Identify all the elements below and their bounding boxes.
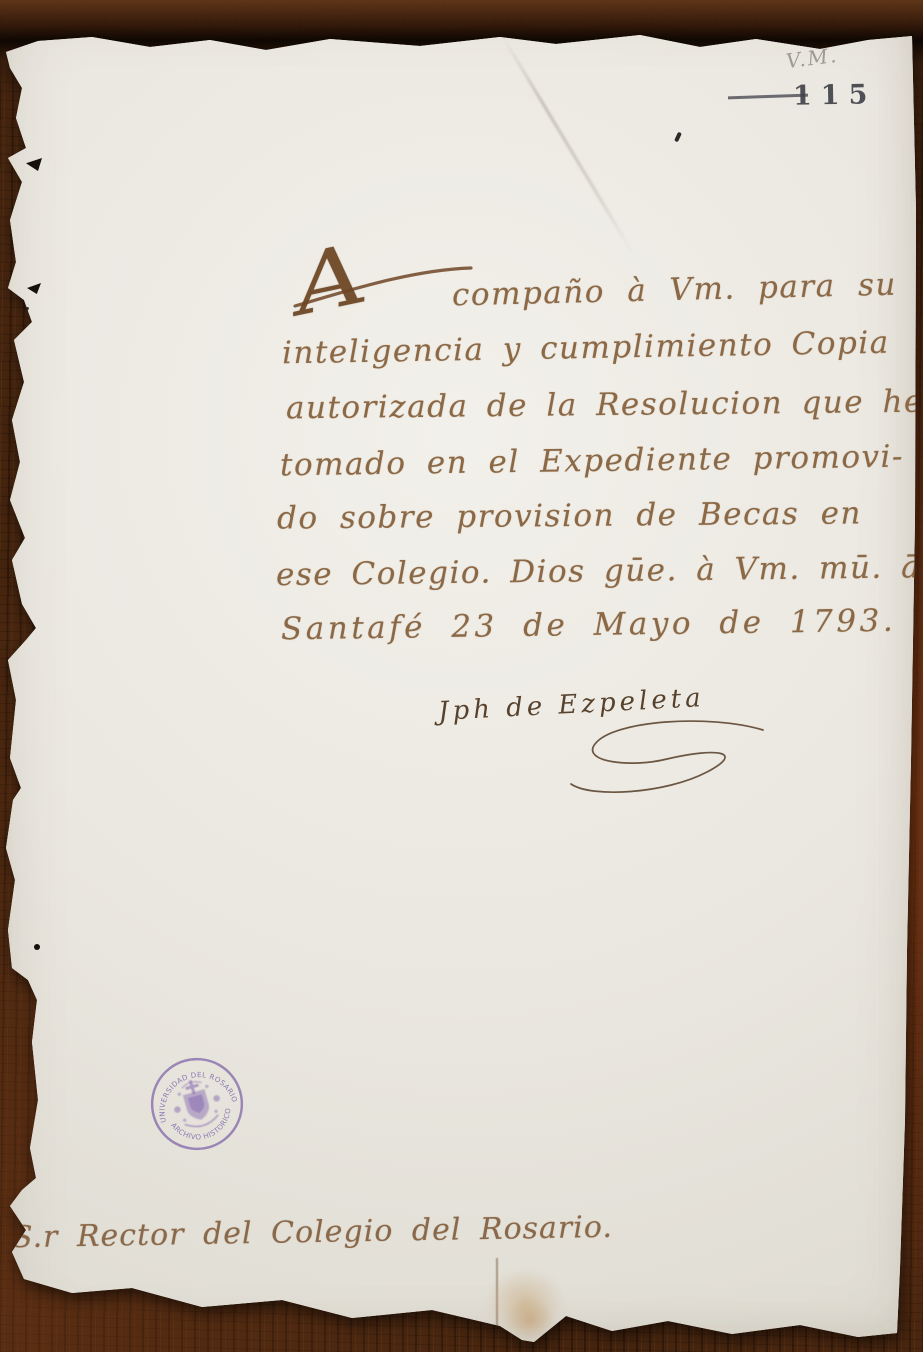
folio-number-stamp: 115	[793, 79, 877, 111]
paper-crease-bottom	[496, 1258, 498, 1352]
signature-ezpeleta: Jph de Ezpeleta	[437, 683, 705, 727]
letter-line-6: ese Colegio. Dios gūe. à Vm. mū. ān.	[276, 549, 923, 593]
ink-speck	[674, 132, 682, 143]
edge-tear-mark	[27, 283, 41, 294]
rust-spot	[678, 1332, 694, 1341]
manuscript-page: V.M. 115 A compaño à Vm. para su intelig…	[0, 0, 923, 1352]
letter-line-4: tomado en el Expediente promovi-	[280, 439, 904, 484]
address-line-rector: S.r Rector del Colegio del Rosario.	[12, 1210, 613, 1255]
decorative-initial-A: A	[286, 234, 373, 329]
letter-line-1: compaño à Vm. para su	[452, 267, 898, 314]
edge-tear-mark	[34, 944, 40, 950]
handwritten-annotation-vm: V.M.	[785, 43, 840, 73]
photo-of-manuscript-on-wooden-table: V.M. 115 A compaño à Vm. para su intelig…	[0, 0, 923, 1352]
letter-line-3: autorizada de la Resolucion que he	[286, 384, 923, 427]
letter-line-2: inteligencia y cumplimiento Copia	[282, 325, 890, 372]
letter-line-5: do sobre provision de Becas en	[277, 495, 862, 536]
signature-rubric-flourish	[535, 714, 775, 799]
water-stain	[470, 1255, 580, 1350]
edge-tear-mark	[22, 305, 29, 319]
archive-stamp: UNIVERSIDAD DEL ROSARIO ARCHIVO HISTORIC…	[134, 1041, 260, 1167]
edge-tear-mark	[26, 158, 42, 171]
letter-line-7-dateline: Santafé 23 de Mayo de 1793.	[281, 603, 897, 648]
paper-shadow-wrap: V.M. 115 A compaño à Vm. para su intelig…	[0, 0, 923, 1352]
water-stain-dark	[495, 1290, 565, 1350]
paper-crease	[502, 37, 634, 255]
